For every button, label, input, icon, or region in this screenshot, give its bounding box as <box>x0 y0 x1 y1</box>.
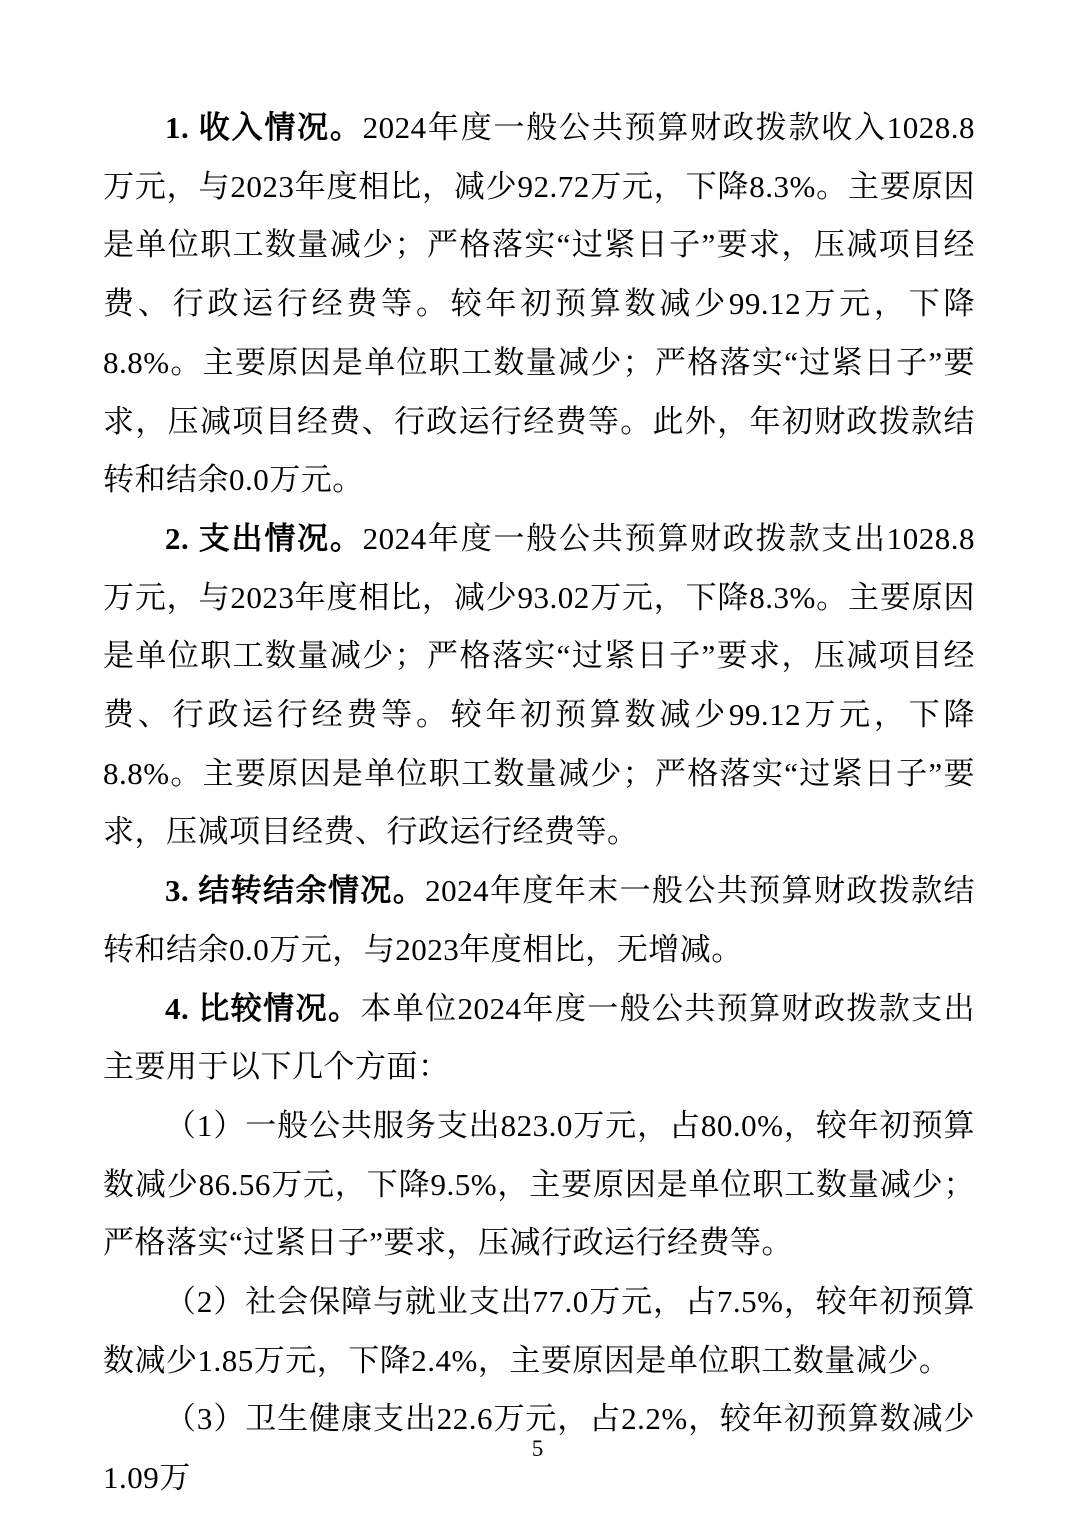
page-number: 5 <box>532 1436 544 1461</box>
paragraph-income-situation: 1. 收入情况。2024年度一般公共预算财政拨款收入1028.8万元，与2023… <box>103 99 975 510</box>
paragraph-text: （2）社会保障与就业支出77.0万元，占7.5%，较年初预算数减少1.85万元，… <box>103 1284 975 1378</box>
paragraph-carryover-situation: 3. 结转结余情况。2024年度年末一般公共预算财政拨款结转和结余0.0万元，与… <box>103 862 975 979</box>
document-page: 1. 收入情况。2024年度一般公共预算财政拨款收入1028.8万元，与2023… <box>0 0 1075 1520</box>
paragraph-comparison-situation: 4. 比较情况。本单位2024年度一般公共预算财政拨款支出主要用于以下几个方面： <box>103 980 975 1097</box>
page-footer: 5 <box>0 1434 1075 1464</box>
paragraph-item-general-public-services: （1）一般公共服务支出823.0万元，占80.0%，较年初预算数减少86.56万… <box>103 1097 975 1273</box>
paragraph-text: （1）一般公共服务支出823.0万元，占80.0%，较年初预算数减少86.56万… <box>103 1108 975 1260</box>
paragraph-lead: 4. 比较情况。 <box>165 991 360 1026</box>
paragraph-lead: 1. 收入情况。 <box>165 110 363 145</box>
document-body: 1. 收入情况。2024年度一般公共预算财政拨款收入1028.8万元，与2023… <box>103 99 975 1508</box>
paragraph-lead: 2. 支出情况。 <box>165 521 363 556</box>
paragraph-text: 2024年度一般公共预算财政拨款收入1028.8万元，与2023年度相比，减少9… <box>103 110 975 497</box>
paragraph-expenditure-situation: 2. 支出情况。2024年度一般公共预算财政拨款支出1028.8万元，与2023… <box>103 510 975 862</box>
paragraph-item-social-security-employment: （2）社会保障与就业支出77.0万元，占7.5%，较年初预算数减少1.85万元，… <box>103 1273 975 1390</box>
paragraph-lead: 3. 结转结余情况。 <box>165 873 425 908</box>
paragraph-text: 2024年度一般公共预算财政拨款支出1028.8万元，与2023年度相比，减少9… <box>103 521 975 850</box>
